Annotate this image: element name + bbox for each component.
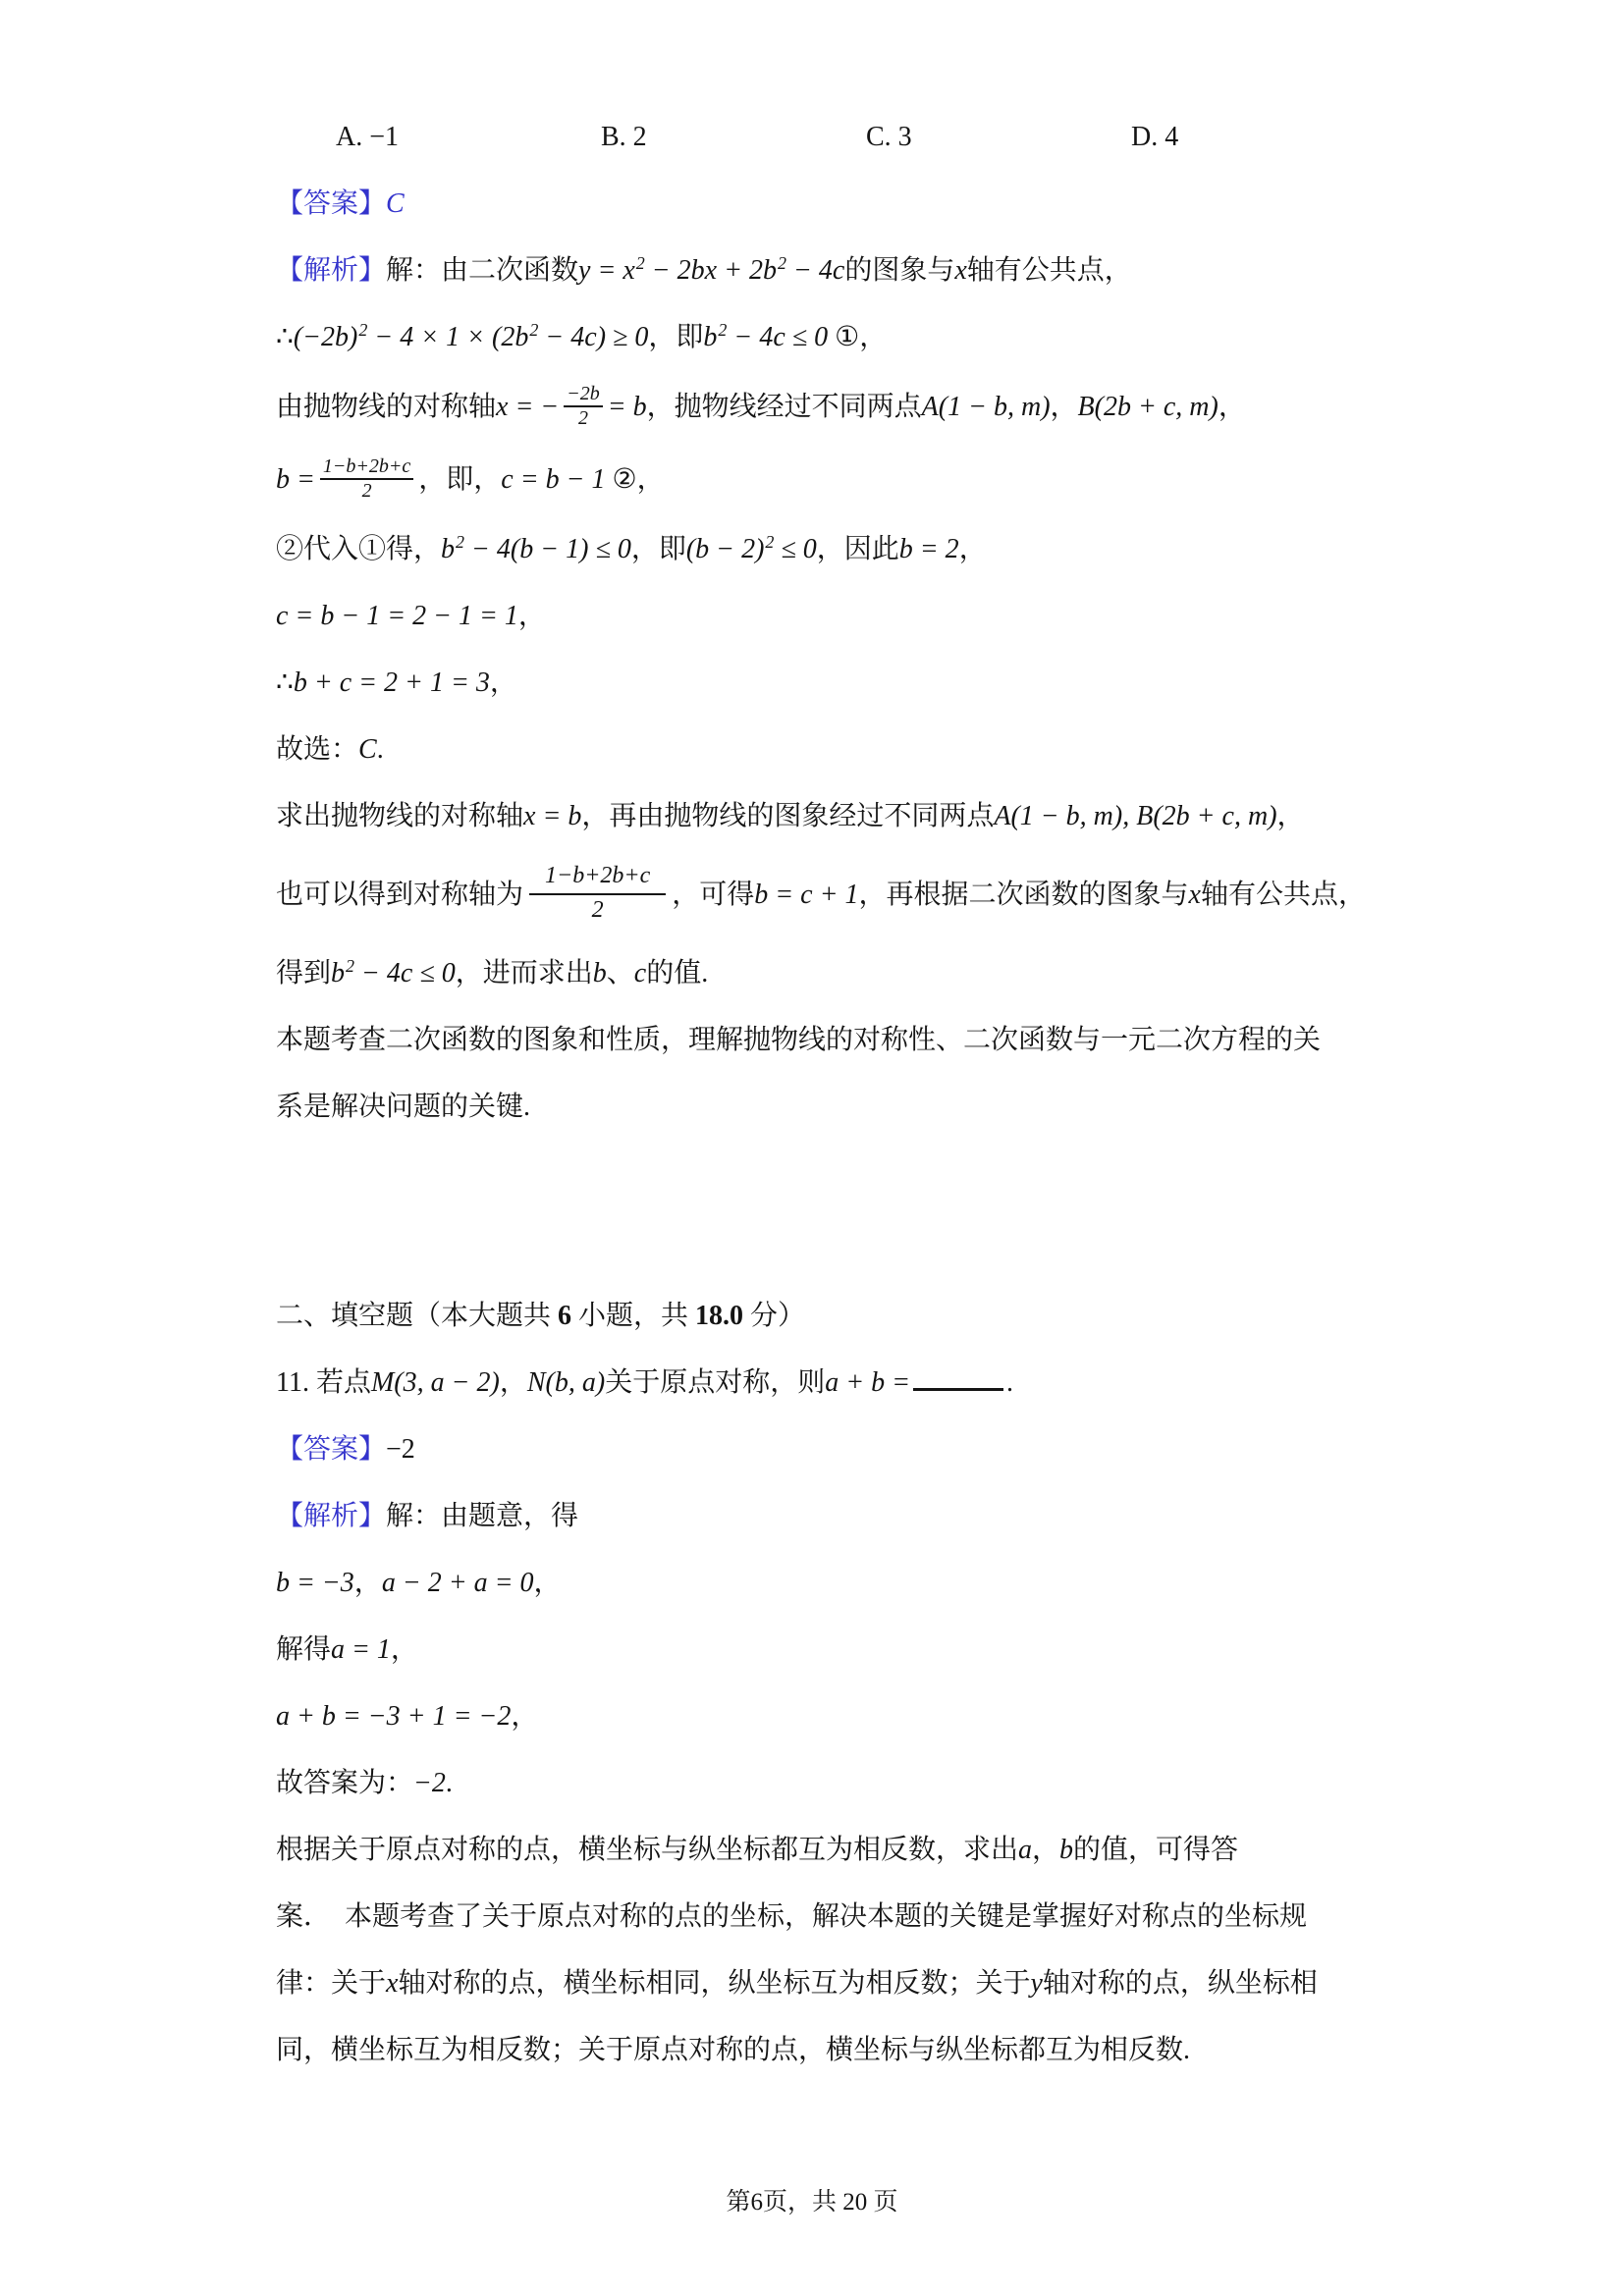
question-count: 6 bbox=[558, 1301, 571, 1331]
text-segment: 关于原点对称，则 bbox=[605, 1367, 825, 1398]
math-segment: b = −3 bbox=[276, 1568, 354, 1598]
q11-comment-line-4: 同，横坐标互为相反数；关于原点对称的点，横坐标与纵坐标都互为相反数. bbox=[276, 2017, 1395, 2084]
text-segment: ，抛物线经过不同两点 bbox=[647, 392, 922, 422]
q11-analysis-line-1: 【解析】解：由题意，得 bbox=[276, 1483, 1395, 1550]
answer-value: C bbox=[386, 188, 405, 219]
math-segment: x bbox=[954, 255, 966, 286]
fraction-denominator: 2 bbox=[592, 897, 604, 924]
math-segment: a − 2 + a = 0 bbox=[382, 1568, 534, 1598]
text-segment: 系是解决问题的关键. bbox=[276, 1092, 530, 1122]
text-segment: ，进而求出 bbox=[456, 958, 593, 988]
text-segment: 轴对称的点，横坐标相同，纵坐标互为相反数；关于 bbox=[398, 1968, 1030, 1999]
fraction-denominator: 2 bbox=[362, 480, 372, 502]
text-segment: ， bbox=[1277, 801, 1305, 831]
math-segment: a bbox=[1018, 1835, 1032, 1865]
equation-number-1: ①， bbox=[835, 322, 887, 352]
text-segment: 轴有公共点， bbox=[967, 255, 1132, 286]
answer-label: 【答案】 bbox=[276, 1434, 386, 1465]
math-segment: x = − bbox=[496, 392, 559, 422]
q10-remark-line-3: 得到b2 − 4c ≤ 0，进而求出b、c的值. bbox=[276, 940, 1395, 1007]
analysis-label: 【解析】 bbox=[276, 255, 386, 286]
math-segment: − 4c bbox=[786, 255, 844, 286]
text-segment: 求出抛物线的对称轴 bbox=[276, 801, 523, 831]
text-segment: ∴ bbox=[276, 667, 294, 698]
text-segment: ， bbox=[1218, 392, 1246, 422]
math-segment: − 4(b − 1) ≤ 0 bbox=[464, 534, 631, 564]
math-segment: c bbox=[634, 958, 646, 988]
math-segment: c = b − 1 = 2 − 1 = 1 bbox=[276, 601, 518, 631]
q10-comment-line-1: 本题考查二次函数的图象和性质，理解抛物线的对称性、二次函数与一元二次方程的关 bbox=[276, 1007, 1395, 1074]
q10-answer-line: 【答案】C bbox=[276, 171, 1395, 238]
text-segment: 律：关于 bbox=[276, 1968, 386, 1999]
text-segment: ，因此 bbox=[817, 534, 899, 564]
text-segment: ， bbox=[518, 601, 546, 631]
fraction-denominator: 2 bbox=[578, 407, 588, 429]
fraction-numerator: 1−b+2b+c bbox=[320, 455, 413, 480]
page-footer: 第6页，共 20 页 bbox=[0, 2183, 1624, 2222]
math-segment: − 4c) ≥ 0 bbox=[538, 322, 648, 352]
math-segment: b = 2 bbox=[899, 534, 959, 564]
text-segment: ，再根据二次函数的图象与 bbox=[859, 880, 1189, 910]
text-segment: ， bbox=[534, 1568, 562, 1598]
equation-number-2: ②， bbox=[613, 464, 665, 495]
math-segment: (−2b) bbox=[294, 322, 358, 352]
math-segment: −2 bbox=[413, 1768, 446, 1798]
text-segment: 二、填空题（本大题共 bbox=[276, 1301, 558, 1331]
q10-comment-line-2: 系是解决问题的关键. bbox=[276, 1074, 1395, 1141]
text-segment: 的图象与 bbox=[844, 255, 954, 286]
math-segment: (b − 2) bbox=[686, 534, 765, 564]
text-segment: 同，横坐标互为相反数；关于原点对称的点，横坐标与纵坐标都互为相反数. bbox=[276, 2035, 1190, 2065]
q10-solution-line-6: c = b − 1 = 2 − 1 = 1， bbox=[276, 583, 1395, 650]
text-segment: 根据关于原点对称的点，横坐标与纵坐标都互为相反数，求出 bbox=[276, 1835, 1018, 1865]
text-segment: ， bbox=[1032, 1835, 1059, 1865]
text-segment: ， bbox=[391, 1634, 418, 1665]
q11-comment-line-1: 根据关于原点对称的点，横坐标与纵坐标都互为相反数，求出a，b的值，可得答 bbox=[276, 1817, 1395, 1884]
math-segment: b bbox=[593, 958, 607, 988]
document-page: A. −1B. 2C. 3D. 4 【答案】C 【解析】解：由二次函数y = x… bbox=[0, 0, 1624, 2296]
q10-analysis-line-1: 【解析】解：由二次函数y = x2 − 2bx + 2b2 − 4c的图象与x轴… bbox=[276, 238, 1395, 304]
text-segment: 故答案为： bbox=[276, 1768, 413, 1798]
fraction: −2b2 bbox=[564, 383, 603, 430]
text-segment: ， bbox=[959, 534, 987, 564]
math-segment: y bbox=[1030, 1968, 1042, 1999]
choice-options-row: A. −1B. 2C. 3D. 4 bbox=[276, 104, 1395, 171]
q10-solution-line-4: b =1−b+2b+c2，即，c = b − 1 ②， bbox=[276, 444, 1395, 516]
option-c: C. 3 bbox=[866, 104, 1131, 171]
analysis-label: 【解析】 bbox=[276, 1501, 386, 1531]
text-segment: 轴有公共点， bbox=[1201, 880, 1366, 910]
text-segment: 的值，可得答 bbox=[1073, 1835, 1238, 1865]
q11-solution-line-3: a + b = −3 + 1 = −2， bbox=[276, 1683, 1395, 1750]
option-d: D. 4 bbox=[1131, 104, 1396, 171]
q10-conclusion-line: 故选：C. bbox=[276, 717, 1395, 783]
section-heading-fill-in: 二、填空题（本大题共 6 小题，共 18.0 分） bbox=[276, 1283, 1395, 1350]
text-segment: 解：由二次函数 bbox=[386, 255, 578, 286]
fraction-numerator: −2b bbox=[564, 383, 603, 407]
math-segment: a = 1 bbox=[331, 1634, 391, 1665]
q10-remark-line-1: 求出抛物线的对称轴x = b，再由抛物线的图象经过不同两点A(1 − b, m)… bbox=[276, 783, 1395, 850]
fraction: 1−b+2b+c2 bbox=[320, 455, 413, 503]
q11-conclusion-line: 故答案为：−2. bbox=[276, 1750, 1395, 1817]
superscript-2: 2 bbox=[778, 253, 786, 273]
math-segment: M(3, a − 2) bbox=[371, 1367, 500, 1398]
answer-label: 【答案】 bbox=[276, 188, 386, 219]
math-segment: b bbox=[331, 958, 345, 988]
q10-solution-line-2: ∴(−2b)2 − 4 × 1 × (2b2 − 4c) ≥ 0，即b2 − 4… bbox=[276, 304, 1395, 371]
math-segment: − 4 × 1 × (2b bbox=[367, 322, 528, 352]
option-b: B. 2 bbox=[601, 104, 866, 171]
q11-solution-line-2: 解得a = 1， bbox=[276, 1617, 1395, 1683]
math-segment: a + b = −3 + 1 = −2 bbox=[276, 1701, 511, 1732]
text-segment: ，可得 bbox=[672, 880, 754, 910]
text-segment: 得到 bbox=[276, 958, 331, 988]
q10-solution-line-5: ②代入①得，b2 − 4(b − 1) ≤ 0，即(b − 2)2 ≤ 0，因此… bbox=[276, 516, 1395, 583]
text-segment: ②代入①得， bbox=[276, 534, 441, 564]
math-segment: b bbox=[1059, 1835, 1073, 1865]
text-segment: ，即 bbox=[648, 322, 703, 352]
answer-value: −2 bbox=[386, 1434, 415, 1465]
text-segment: 小题，共 bbox=[571, 1301, 695, 1331]
text-segment: . bbox=[377, 734, 384, 765]
q11-solution-line-1: b = −3，a − 2 + a = 0， bbox=[276, 1550, 1395, 1617]
text-segment: . bbox=[446, 1768, 453, 1798]
math-segment: x bbox=[386, 1968, 398, 1999]
fraction: 1−b+2b+c2 bbox=[529, 863, 666, 924]
text-segment: 的值. bbox=[646, 958, 708, 988]
math-segment: b bbox=[441, 534, 455, 564]
q10-remark-line-2: 也可以得到对称轴为1−b+2b+c2，可得b = c + 1，再根据二次函数的图… bbox=[276, 850, 1395, 940]
text-segment: 本题考查二次函数的图象和性质，理解抛物线的对称性、二次函数与一元二次方程的关 bbox=[276, 1025, 1321, 1055]
document-content: A. −1B. 2C. 3D. 4 【答案】C 【解析】解：由二次函数y = x… bbox=[276, 104, 1395, 2084]
math-segment: − 2bx + 2b bbox=[645, 255, 777, 286]
q11-comment-line-3: 律：关于x轴对称的点，横坐标相同，纵坐标互为相反数；关于y轴对称的点，纵坐标相 bbox=[276, 1950, 1395, 2017]
math-segment: b = c + 1 bbox=[754, 880, 858, 910]
math-segment: − 4c ≤ 0 bbox=[354, 958, 456, 988]
superscript-2: 2 bbox=[636, 253, 645, 273]
text-segment: 由抛物线的对称轴 bbox=[276, 392, 496, 422]
text-segment: ， bbox=[1051, 392, 1078, 422]
math-segment: x = b bbox=[523, 801, 581, 831]
math-segment: − 4c ≤ 0 bbox=[727, 322, 835, 352]
math-segment: a + b = bbox=[825, 1367, 910, 1398]
math-segment: y = x bbox=[578, 255, 635, 286]
text-segment: ，即 bbox=[631, 534, 686, 564]
text-segment: 解得 bbox=[276, 1634, 331, 1665]
q11-comment-line-2: 案． 本题考查了关于原点对称的点的坐标，解决本题的关键是掌握好对称点的坐标规 bbox=[276, 1884, 1395, 1950]
text-segment: 11. 若点 bbox=[276, 1367, 371, 1398]
math-segment: = b bbox=[608, 392, 647, 422]
text-segment: 故选： bbox=[276, 734, 358, 765]
fraction-numerator: 1−b+2b+c bbox=[529, 863, 666, 895]
text-segment: ， bbox=[500, 1367, 527, 1398]
q10-solution-line-7: ∴b + c = 2 + 1 = 3， bbox=[276, 650, 1395, 717]
math-segment: N(b, a) bbox=[527, 1367, 605, 1398]
math-segment: b + c = 2 + 1 = 3 bbox=[294, 667, 490, 698]
text-segment: . bbox=[1006, 1367, 1013, 1398]
section-points: 18.0 bbox=[695, 1301, 743, 1331]
text-segment: 轴对称的点，纵坐标相 bbox=[1043, 1968, 1318, 1999]
text-segment: 分） bbox=[743, 1301, 805, 1331]
math-segment: B(2b + c, m) bbox=[1078, 392, 1218, 422]
text-segment: ∴ bbox=[276, 322, 294, 352]
text-segment: 解：由题意，得 bbox=[386, 1501, 578, 1531]
q10-solution-line-3: 由抛物线的对称轴x = −−2b2= b，抛物线经过不同两点A(1 − b, m… bbox=[276, 371, 1395, 444]
math-segment: c = b − 1 bbox=[501, 464, 612, 495]
text-segment: ， bbox=[490, 667, 517, 698]
math-segment: C bbox=[358, 734, 377, 765]
superscript-2: 2 bbox=[456, 532, 464, 552]
math-segment: A(1 − b, m), B(2b + c, m) bbox=[994, 801, 1276, 831]
math-segment: b bbox=[703, 322, 717, 352]
math-segment: x bbox=[1189, 880, 1201, 910]
answer-blank bbox=[913, 1382, 1003, 1391]
text-segment: ，再由抛物线的图象经过不同两点 bbox=[581, 801, 994, 831]
math-segment: ≤ 0 bbox=[774, 534, 816, 564]
text-segment: ， bbox=[354, 1568, 382, 1598]
math-segment: b = bbox=[276, 464, 315, 495]
superscript-2: 2 bbox=[346, 956, 354, 976]
text-segment: 、 bbox=[607, 958, 634, 988]
option-a: A. −1 bbox=[336, 104, 601, 171]
text-segment: ， bbox=[511, 1701, 538, 1732]
math-segment: A(1 − b, m) bbox=[922, 392, 1051, 422]
q11-answer-line: 【答案】−2 bbox=[276, 1416, 1395, 1483]
text-segment: 案． 本题考查了关于原点对称的点的坐标，解决本题的关键是掌握好对称点的坐标规 bbox=[276, 1901, 1307, 1932]
text-segment: ，即， bbox=[418, 464, 501, 495]
q11-stem-line: 11. 若点M(3, a − 2)，N(b, a)关于原点对称，则a + b =… bbox=[276, 1350, 1395, 1416]
text-segment: 也可以得到对称轴为 bbox=[276, 880, 523, 910]
